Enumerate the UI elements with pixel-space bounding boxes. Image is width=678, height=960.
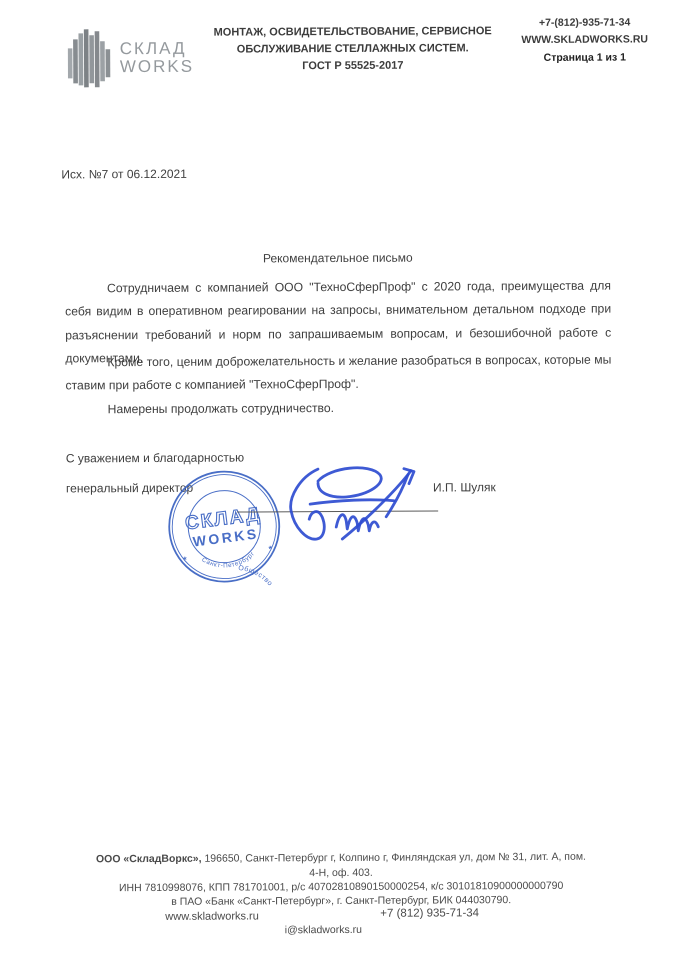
company-round-stamp: Общество с ограниченной ответственностью…	[152, 454, 297, 599]
footer-bank-requisites: ИНН 7810998076, КПП 781701001, р/с 40702…	[2, 879, 678, 895]
footer-company-name: ООО «СкладВоркс»,	[96, 853, 202, 866]
stamp-star-left: *	[183, 555, 188, 565]
footer-bank-name: в ПАО «Банк «Санкт-Петербург», г. Санкт-…	[2, 893, 678, 909]
header-line1: МОНТАЖ, ОСВИДЕТЕЛЬСТВОВАНИЕ, СЕРВИСНОЕ	[203, 23, 503, 42]
letter-title: Рекомендательное письмо	[0, 249, 677, 267]
footer-address-line1: ООО «СкладВоркс», 196650, Санкт-Петербур…	[2, 850, 678, 866]
header-services-text: МОНТАЖ, ОСВИДЕТЕЛЬСТВОВАНИЕ, СЕРВИСНОЕ О…	[203, 23, 503, 76]
header-phone: +7-(812)-935-71-34	[500, 14, 670, 32]
logo-line1: СКЛАД	[120, 40, 194, 58]
paragraph-3: Намерены продолжать сотрудничество.	[66, 396, 612, 422]
paragraph-2: Кроме того, ценим доброжелательность и ж…	[65, 349, 611, 398]
header-line2: ОБСЛУЖИВАНИЕ СТЕЛЛАЖНЫХ СИСТЕМ.	[203, 40, 503, 59]
footer-address-line2: 4-Н, оф. 403.	[2, 865, 678, 881]
logo-wordmark: СКЛАД WORKS	[120, 40, 194, 76]
handwritten-signature	[278, 446, 444, 559]
page-number: Страница 1 из 1	[500, 48, 670, 67]
footer-website: www.skladworks.ru	[165, 910, 259, 922]
footer-address-rest: 196650, Санкт-Петербург г, Колпино г, Фи…	[201, 851, 585, 865]
company-logo: СКЛАД WORKS	[68, 27, 195, 90]
footer-email: i@skladworks.ru	[0, 922, 662, 938]
footer-phone: +7 (812) 935-71-34	[380, 907, 479, 920]
stamp-city-text: Санкт-Петербург	[200, 550, 258, 573]
header-contacts: +7-(812)-935-71-34 WWW.SKLADWORKS.RU Стр…	[500, 14, 670, 67]
header-line3: ГОСТ Р 55525-2017	[203, 57, 503, 76]
outgoing-reference: Исх. №7 от 06.12.2021	[61, 167, 187, 182]
logo-line2: WORKS	[120, 58, 194, 76]
letter-page: СКЛАД WORKS МОНТАЖ, ОСВИДЕТЕЛЬСТВОВАНИЕ,…	[0, 0, 678, 960]
racking-bars-icon	[68, 27, 112, 89]
header-website: WWW.SKLADWORKS.RU	[500, 31, 670, 49]
